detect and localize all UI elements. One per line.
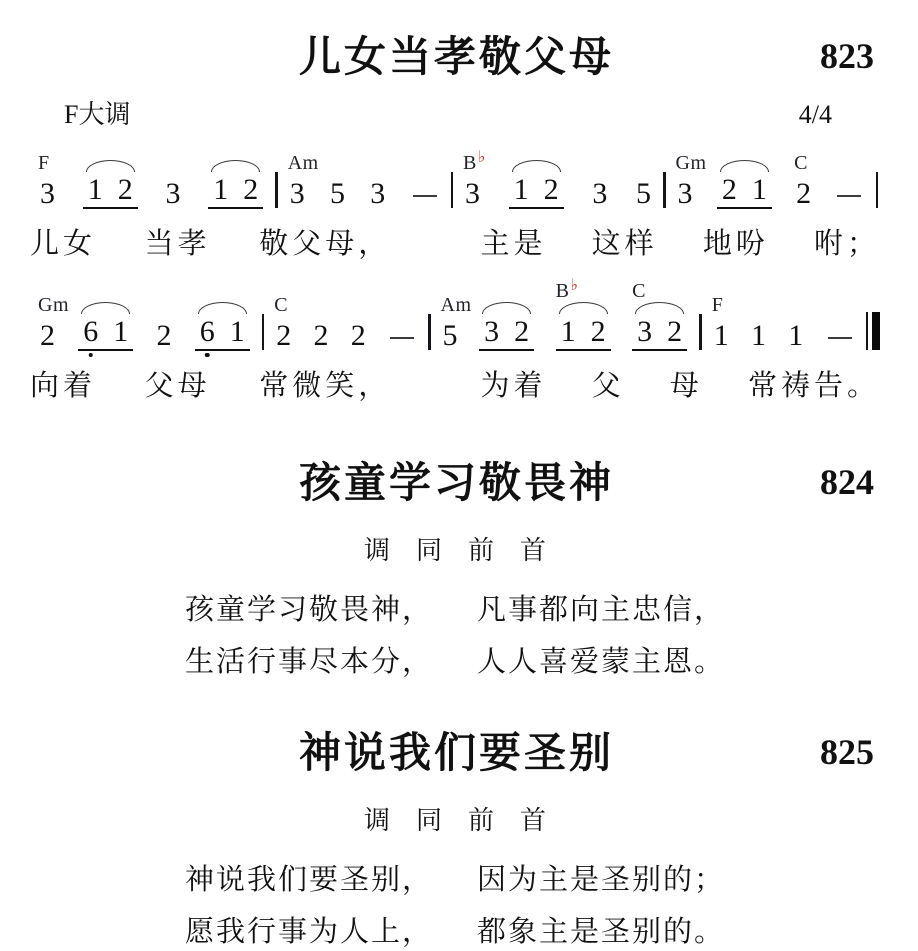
beamed-group: 12 <box>83 175 138 209</box>
measure: B♭31235 <box>455 175 661 209</box>
note-digit: 1 <box>752 175 767 205</box>
slur-arc <box>559 302 608 314</box>
lyric-word: 地吩 <box>703 225 769 264</box>
note-digit: 1 <box>113 317 128 347</box>
note-digit: 3 <box>484 317 499 347</box>
hymn-824-subtitle: 调同前首 <box>30 534 880 568</box>
chord-label: Am <box>441 295 472 315</box>
beam-underline: 12 <box>556 317 611 351</box>
note-digit: 2 <box>591 317 606 347</box>
chord-label: B♭ <box>463 153 486 173</box>
stanza-row: 神说我们要圣别，因为主是圣别的； <box>185 860 725 900</box>
chord-label: C <box>274 295 288 315</box>
note-digit: 2 <box>313 321 328 351</box>
hymn-823-meta: F大调 4/4 <box>30 94 880 124</box>
note-digit: 3 <box>592 179 607 209</box>
lyric-word: 父母 <box>145 367 211 406</box>
chord-label: C <box>632 281 646 301</box>
hymn-824-number: 824 <box>820 464 874 500</box>
note-digit: 3 <box>40 179 55 209</box>
chord-label: Gm <box>38 295 69 315</box>
stanza-row: 孩童学习敬畏神，凡事都向主忠信， <box>185 590 725 630</box>
lyric-word: 咐； <box>814 225 880 264</box>
time-signature: 4/4 <box>799 100 832 130</box>
chord-label: Gm <box>676 153 707 173</box>
note-digit: 2 <box>667 317 682 347</box>
lyric-word: 这样 <box>592 225 658 264</box>
note-digit: 6 <box>83 317 98 347</box>
measure: Am353 <box>280 179 449 209</box>
lyric-line: 儿女当孝敬父母，主是这样地吩咐； <box>30 225 880 264</box>
note-digit: 2 <box>796 179 811 209</box>
note-digit: 3 <box>465 179 480 209</box>
slur-arc <box>635 302 684 314</box>
score-system-1: F312312Am353B♭31235Gm321C2儿女当孝敬父母，主是这样地吩… <box>30 138 880 264</box>
beam-underline: 12 <box>83 175 138 209</box>
measure: Am532B♭12C32 <box>433 317 698 351</box>
lyric-word: 向着 <box>30 367 96 406</box>
slur-arc <box>512 160 561 172</box>
note: 3 <box>165 179 180 209</box>
note: 2 <box>313 321 328 351</box>
beam-underline: 61 <box>78 317 133 351</box>
stanza-phrase: 孩童学习敬畏神， <box>185 590 433 630</box>
note-digit: 2 <box>351 321 366 351</box>
note: 1 <box>788 321 803 351</box>
stanza-phrase: 生活行事尽本分， <box>185 642 433 682</box>
note-digit: 2 <box>722 175 737 205</box>
note-digit: 2 <box>118 175 133 205</box>
lyric-word: 常祷告。 <box>748 367 880 406</box>
measure: F111 <box>704 321 864 351</box>
note-digit: 2 <box>514 317 529 347</box>
note-digit: 3 <box>678 179 693 209</box>
note: Am3 <box>290 179 305 209</box>
lyric-phrase: 向着父母常微笑， <box>30 367 391 406</box>
slur-arc <box>81 302 130 314</box>
slur-arc <box>482 302 531 314</box>
note: 1 <box>751 321 766 351</box>
beamed-group: 32 <box>479 317 534 351</box>
stanza-row: 生活行事尽本分，人人喜爱蒙主恩。 <box>185 642 725 682</box>
note-digit: 3 <box>165 179 180 209</box>
music-line: F312312Am353B♭31235Gm321C2 <box>30 138 880 209</box>
lyric-line: 向着父母常微笑，为着父母常祷告。 <box>30 367 880 406</box>
final-barline <box>866 312 881 350</box>
beamed-group: 12 <box>509 175 564 209</box>
note-digit: 3 <box>290 179 305 209</box>
note-digit: 1 <box>230 317 245 347</box>
hymn-825-subtitle: 调同前首 <box>30 804 880 838</box>
stanza-phrase: 都象主是圣别的。 <box>477 912 725 951</box>
slur-arc <box>211 160 260 172</box>
beam-underline: 21 <box>717 175 772 209</box>
chord-label: B♭ <box>556 281 579 301</box>
lyric-word: 为着 <box>481 367 547 406</box>
stanza-824: 孩童学习敬畏神，凡事都向主忠信，生活行事尽本分，人人喜爱蒙主恩。 <box>30 590 880 682</box>
note-digit: 1 <box>714 321 729 351</box>
flat-icon: ♭ <box>478 147 486 166</box>
barline <box>699 314 702 350</box>
note: F3 <box>40 179 55 209</box>
lyric-word: 主是 <box>481 225 547 264</box>
hymn-823-number: 823 <box>820 38 874 74</box>
beam-underline: 12 <box>509 175 564 209</box>
score-823: F312312Am353B♭31235Gm321C2儿女当孝敬父母，主是这样地吩… <box>30 138 880 406</box>
stanza-phrase: 人人喜爱蒙主恩。 <box>477 642 725 682</box>
score-system-2: Gm261261C222Am532B♭12C32F111向着父母常微笑，为着父母… <box>30 278 880 406</box>
hymn-825-title: 神说我们要圣别 <box>296 728 614 780</box>
final-barline-thin <box>866 312 869 350</box>
slur-arc <box>198 302 247 314</box>
stanza-phrase: 愿我行事为人上， <box>185 912 433 951</box>
hymn-824-header: 孩童学习敬畏神 824 <box>30 458 880 512</box>
chord-label: F <box>38 153 50 173</box>
beam-underline: 12 <box>208 175 263 209</box>
note-digit: 2 <box>243 175 258 205</box>
chord-label: F <box>712 295 724 315</box>
hymn-825: 神说我们要圣别 825 调同前首 神说我们要圣别，因为主是圣别的；愿我行事为人上… <box>30 728 880 951</box>
note-digit: 1 <box>561 317 576 347</box>
barline <box>275 172 278 208</box>
note-digit: 1 <box>514 175 529 205</box>
note: C2 <box>276 321 291 351</box>
barline <box>876 172 879 208</box>
slur-arc <box>720 160 769 172</box>
stanza-phrase: 神说我们要圣别， <box>185 860 433 900</box>
hymn-824-title: 孩童学习敬畏神 <box>296 458 614 510</box>
stanza-825: 神说我们要圣别，因为主是圣别的；愿我行事为人上，都象主是圣别的。 <box>30 860 880 951</box>
note-digit: 1 <box>788 321 803 351</box>
barline <box>451 172 454 208</box>
note-digit: 1 <box>88 175 103 205</box>
sustain-dash <box>828 337 852 340</box>
stanza-phrase: 凡事都向主忠信， <box>477 590 725 630</box>
note-digit: 2 <box>156 321 171 351</box>
hymn-824: 孩童学习敬畏神 824 调同前首 孩童学习敬畏神，凡事都向主忠信，生活行事尽本分… <box>30 458 880 682</box>
lyric-phrase: 儿女当孝敬父母， <box>30 225 391 264</box>
lyric-word: 母 <box>670 367 703 406</box>
sustain-dash <box>390 337 414 340</box>
hymn-823-title: 儿女当孝敬父母 <box>296 32 614 84</box>
lyric-phrase: 为着父母常祷告。 <box>481 367 881 406</box>
final-barline-thick <box>872 312 880 350</box>
barline <box>262 314 265 350</box>
beam-underline: 32 <box>479 317 534 351</box>
hymn-823: 儿女当孝敬父母 823 F大调 4/4 F312312Am353B♭31235G… <box>30 32 880 406</box>
barline <box>428 314 431 350</box>
note-digit: 5 <box>330 179 345 209</box>
lyric-word: 父 <box>592 367 625 406</box>
hymn-823-header: 儿女当孝敬父母 823 <box>30 32 880 86</box>
stanza-row: 愿我行事为人上，都象主是圣别的。 <box>185 912 725 951</box>
note-digit: 5 <box>636 179 651 209</box>
beam-underline: 61 <box>195 317 250 351</box>
lyric-phrase: 主是这样地吩咐； <box>481 225 881 264</box>
note: 5 <box>636 179 651 209</box>
beamed-group: 12 <box>208 175 263 209</box>
lyric-word: 敬父母， <box>259 225 391 264</box>
note-digit: 5 <box>443 321 458 351</box>
note-digit: 3 <box>370 179 385 209</box>
note: Gm3 <box>678 179 693 209</box>
beamed-group: B♭12 <box>556 317 611 351</box>
chord-label: Am <box>288 153 319 173</box>
sustain-dash <box>413 195 437 198</box>
note: 3 <box>370 179 385 209</box>
measure: C222 <box>266 321 426 351</box>
note: C2 <box>796 179 811 209</box>
note: F1 <box>714 321 729 351</box>
measure: Gm261261 <box>30 317 260 351</box>
note: 3 <box>592 179 607 209</box>
note: Am5 <box>443 321 458 351</box>
stanza-phrase: 因为主是圣别的； <box>477 860 725 900</box>
measure: Gm321C2 <box>668 175 874 209</box>
flat-icon: ♭ <box>570 275 578 294</box>
note: 2 <box>156 321 171 351</box>
beamed-group: 61 <box>78 317 133 351</box>
measure: F312312 <box>30 175 273 209</box>
chord-label: C <box>794 153 808 173</box>
beamed-group: C32 <box>632 317 687 351</box>
hymn-825-header: 神说我们要圣别 825 <box>30 728 880 782</box>
beamed-group: 61 <box>195 317 250 351</box>
key-signature: F大调 <box>64 94 130 131</box>
note: B♭3 <box>465 179 480 209</box>
note-digit: 2 <box>544 175 559 205</box>
note-digit: 2 <box>40 321 55 351</box>
note: 2 <box>351 321 366 351</box>
hymn-825-number: 825 <box>820 734 874 770</box>
beamed-group: 21 <box>717 175 772 209</box>
note-digit: 3 <box>637 317 652 347</box>
sustain-dash <box>837 195 861 198</box>
music-line: Gm261261C222Am532B♭12C32F111 <box>30 278 880 351</box>
note-digit: 2 <box>276 321 291 351</box>
note-digit: 1 <box>751 321 766 351</box>
hymnal-page: 儿女当孝敬父母 823 F大调 4/4 F312312Am353B♭31235G… <box>0 0 918 951</box>
beam-underline: 32 <box>632 317 687 351</box>
note-digit: 6 <box>200 317 215 347</box>
note: 5 <box>330 179 345 209</box>
note: Gm2 <box>40 321 55 351</box>
lyric-word: 当孝 <box>145 225 211 264</box>
slur-arc <box>86 160 135 172</box>
barline <box>663 172 666 208</box>
lyric-word: 儿女 <box>30 225 96 264</box>
note-digit: 1 <box>213 175 228 205</box>
lyric-word: 常微笑， <box>259 367 391 406</box>
